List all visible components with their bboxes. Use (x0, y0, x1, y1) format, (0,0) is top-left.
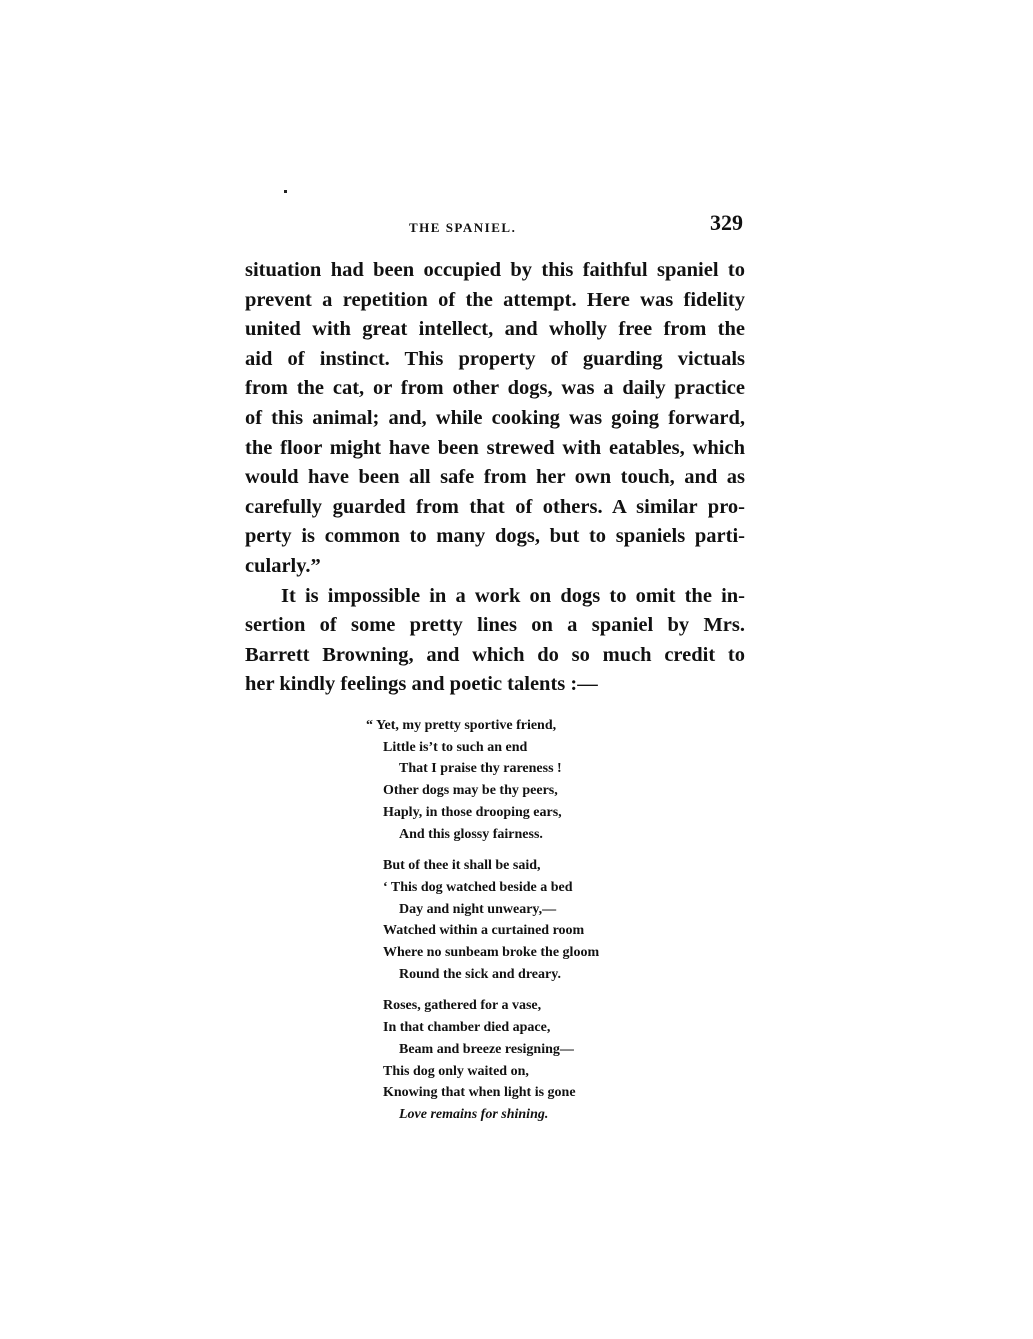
verse-line: Round the sick and dreary. (366, 964, 599, 986)
text-line: It is impossible in a work on dogs to om… (245, 582, 745, 612)
poem-stanza: Roses, gathered for a vase, In that cham… (366, 995, 599, 1125)
verse-line: But of thee it shall be said, (366, 855, 599, 877)
poem-block: “ Yet, my pretty sportive friend, Little… (366, 715, 599, 1136)
poem-stanza: But of thee it shall be said, ‘ This dog… (366, 855, 599, 985)
text-line: prevent a repetition of the attempt. Her… (245, 286, 745, 316)
verse-line: This dog only waited on, (366, 1061, 599, 1083)
verse-line: Knowing that when light is gone (366, 1082, 599, 1104)
text-line: united with great intellect, and wholly … (245, 315, 745, 345)
print-speck (284, 190, 287, 193)
verse-line: “ Yet, my pretty sportive friend, (366, 715, 599, 737)
text-line: her kindly feelings and poetic talents :… (245, 670, 745, 700)
text-line: situation had been occupied by this fait… (245, 256, 745, 286)
page-number: 329 (710, 210, 743, 236)
text-line: of this animal; and, while cooking was g… (245, 404, 745, 434)
text-line: sertion of some pretty lines on a spanie… (245, 611, 745, 641)
text-line: cularly.” (245, 552, 745, 582)
verse-line: Other dogs may be thy peers, (366, 780, 599, 802)
verse-line: Day and night unweary,— (366, 899, 599, 921)
verse-line: Beam and breeze resigning— (366, 1039, 599, 1061)
running-title: THE SPANIEL. (409, 220, 516, 236)
page-header: THE SPANIEL. 329 (245, 210, 745, 240)
text-line: aid of instinct. This property of guardi… (245, 345, 745, 375)
text-line: perty is common to many dogs, but to spa… (245, 522, 745, 552)
verse-line: In that chamber died apace, (366, 1017, 599, 1039)
verse-line: Haply, in those drooping ears, (366, 802, 599, 824)
verse-line: That I praise thy rareness ! (366, 758, 599, 780)
verse-line: Love remains for shining. (366, 1104, 599, 1126)
verse-line: Where no sunbeam broke the gloom (366, 942, 599, 964)
text-line: the floor might have been strewed with e… (245, 434, 745, 464)
verse-line: And this glossy fairness. (366, 824, 599, 846)
text-line: would have been all safe from her own to… (245, 463, 745, 493)
verse-line: Watched within a curtained room (366, 920, 599, 942)
body-text: situation had been occupied by this fait… (245, 256, 745, 700)
verse-line: Roses, gathered for a vase, (366, 995, 599, 1017)
verse-line: Little is’t to such an end (366, 737, 599, 759)
verse-line: ‘ This dog watched beside a bed (366, 877, 599, 899)
text-line: from the cat, or from other dogs, was a … (245, 374, 745, 404)
poem-stanza: “ Yet, my pretty sportive friend, Little… (366, 715, 599, 845)
text-line: Barrett Browning, and which do so much c… (245, 641, 745, 671)
text-line: carefully guarded from that of others. A… (245, 493, 745, 523)
